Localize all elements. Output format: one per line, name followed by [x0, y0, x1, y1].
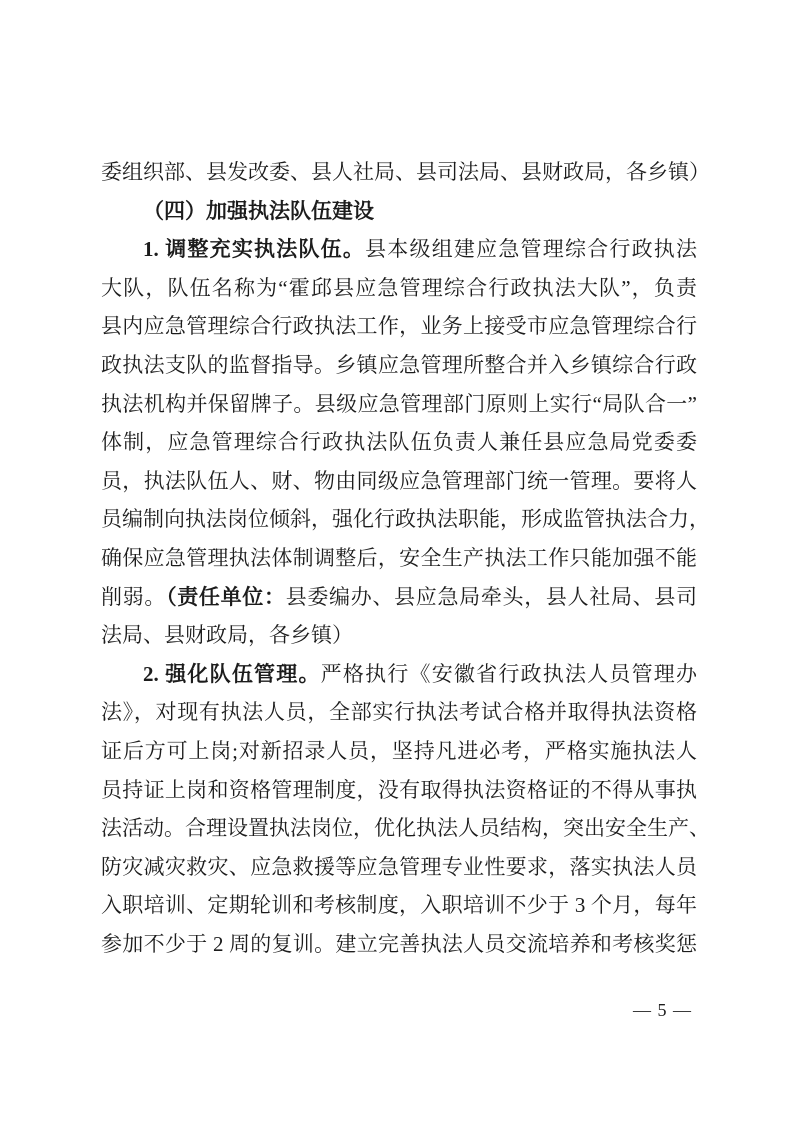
body-text: 证后方可上岗;对新招录人员，坚持凡进必考，严格实施执法人 — [101, 739, 697, 763]
body-text: 县委编办、县应急局牵头，县人社局、县司 — [286, 585, 697, 609]
text-line: 1. 调整充实执法队伍。县本级组建应急管理综合行政执法 — [101, 230, 697, 269]
text-line: 证后方可上岗;对新招录人员，坚持凡进必考，严格实施执法人 — [101, 732, 697, 771]
body-text: 确保应急管理执法体制调整后，安全生产执法工作只能加强不能 — [101, 546, 697, 570]
text-line: 体制，应急管理综合行政执法队伍负责人兼任县应急局党委委 — [101, 423, 697, 462]
body-text: 员持证上岗和资格管理制度，没有取得执法资格证的不得从事执 — [101, 778, 697, 802]
text-line: 员，执法队伍人、财、物由同级应急管理部门统一管理。要将人 — [101, 462, 697, 501]
text-line: （四）加强执法队伍建设 — [101, 192, 697, 231]
text-line: 削弱。（责任单位：县委编办、县应急局牵头，县人社局、县司 — [101, 578, 697, 617]
body-text: 防灾减灾救灾、应急救援等应急管理专业性要求，落实执法人员 — [101, 855, 697, 879]
body-text: 执法机构并保留牌子。县级应急管理部门原则上实行“局队合一” — [101, 392, 697, 416]
text-line: 2. 强化队伍管理。严格执行《安徽省行政执法人员管理办 — [101, 655, 697, 694]
emphasis-text: 1. 调整充实执法队伍。 — [143, 237, 365, 261]
text-line: 执法机构并保留牌子。县级应急管理部门原则上实行“局队合一” — [101, 385, 697, 424]
body-text: 县内应急管理综合行政执法工作，业务上接受市应急管理综合行 — [101, 314, 697, 338]
text-line: 政执法支队的监督指导。乡镇应急管理所整合并入乡镇综合行政 — [101, 346, 697, 385]
text-line: 员编制向执法岗位倾斜，强化行政执法职能，形成监管执法合力， — [101, 500, 697, 539]
text-line: 入职培训、定期轮训和考核制度，入职培训不少于 3 个月，每年 — [101, 886, 697, 925]
body-text: 政执法支队的监督指导。乡镇应急管理所整合并入乡镇综合行政 — [101, 353, 697, 377]
body-text: 员，执法队伍人、财、物由同级应急管理部门统一管理。要将人 — [101, 469, 697, 493]
text-line: 法》，对现有执法人员，全部实行执法考试合格并取得执法资格 — [101, 693, 697, 732]
body-text: 法活动。合理设置执法岗位，优化执法人员结构，突出安全生产、 — [101, 816, 710, 840]
text-line: 法局、县财政局，各乡镇） — [101, 616, 697, 655]
body-text: 入职培训、定期轮训和考核制度，入职培训不少于 3 个月，每年 — [101, 893, 697, 917]
body-text: 参加不少于 2 周的复训。建立完善执法人员交流培养和考核奖惩 — [101, 932, 697, 956]
text-line: 防灾减灾救灾、应急救援等应急管理专业性要求，落实执法人员 — [101, 848, 697, 887]
body-text: 削弱。 — [101, 585, 166, 609]
text-line: 委组织部、县发改委、县人社局、县司法局、县财政局，各乡镇） — [101, 153, 697, 192]
document-body: 委组织部、县发改委、县人社局、县司法局、县财政局，各乡镇）（四）加强执法队伍建设… — [101, 153, 697, 963]
body-text: 委组织部、县发改委、县人社局、县司法局、县财政局，各乡镇） — [101, 160, 710, 184]
body-text: 县本级组建应急管理综合行政执法 — [365, 237, 697, 261]
text-line: 法活动。合理设置执法岗位，优化执法人员结构，突出安全生产、 — [101, 809, 697, 848]
text-line: 参加不少于 2 周的复训。建立完善执法人员交流培养和考核奖惩 — [101, 925, 697, 964]
emphasis-text: （责任单位： — [166, 585, 286, 609]
body-text: 法》，对现有执法人员，全部实行执法考试合格并取得执法资格 — [101, 700, 697, 724]
text-line: 确保应急管理执法体制调整后，安全生产执法工作只能加强不能 — [101, 539, 697, 578]
page-number: — 5 — — [633, 999, 692, 1021]
body-text: 员编制向执法岗位倾斜，强化行政执法职能，形成监管执法合力， — [101, 507, 710, 531]
body-text: 体制，应急管理综合行政执法队伍负责人兼任县应急局党委委 — [101, 430, 697, 454]
text-line: 县内应急管理综合行政执法工作，业务上接受市应急管理综合行 — [101, 307, 697, 346]
emphasis-text: （四）加强执法队伍建设 — [143, 199, 374, 223]
body-text: 严格执行《安徽省行政执法人员管理办 — [321, 662, 697, 686]
text-line: 员持证上岗和资格管理制度，没有取得执法资格证的不得从事执 — [101, 771, 697, 810]
body-text: 大队，队伍名称为“霍邱县应急管理综合行政执法大队”，负责 — [101, 276, 697, 300]
body-text: 法局、县财政局，各乡镇） — [101, 623, 353, 647]
text-line: 大队，队伍名称为“霍邱县应急管理综合行政执法大队”，负责 — [101, 269, 697, 308]
emphasis-text: 2. 强化队伍管理。 — [143, 662, 321, 686]
document-page: 委组织部、县发改委、县人社局、县司法局、县财政局，各乡镇）（四）加强执法队伍建设… — [0, 0, 793, 1122]
